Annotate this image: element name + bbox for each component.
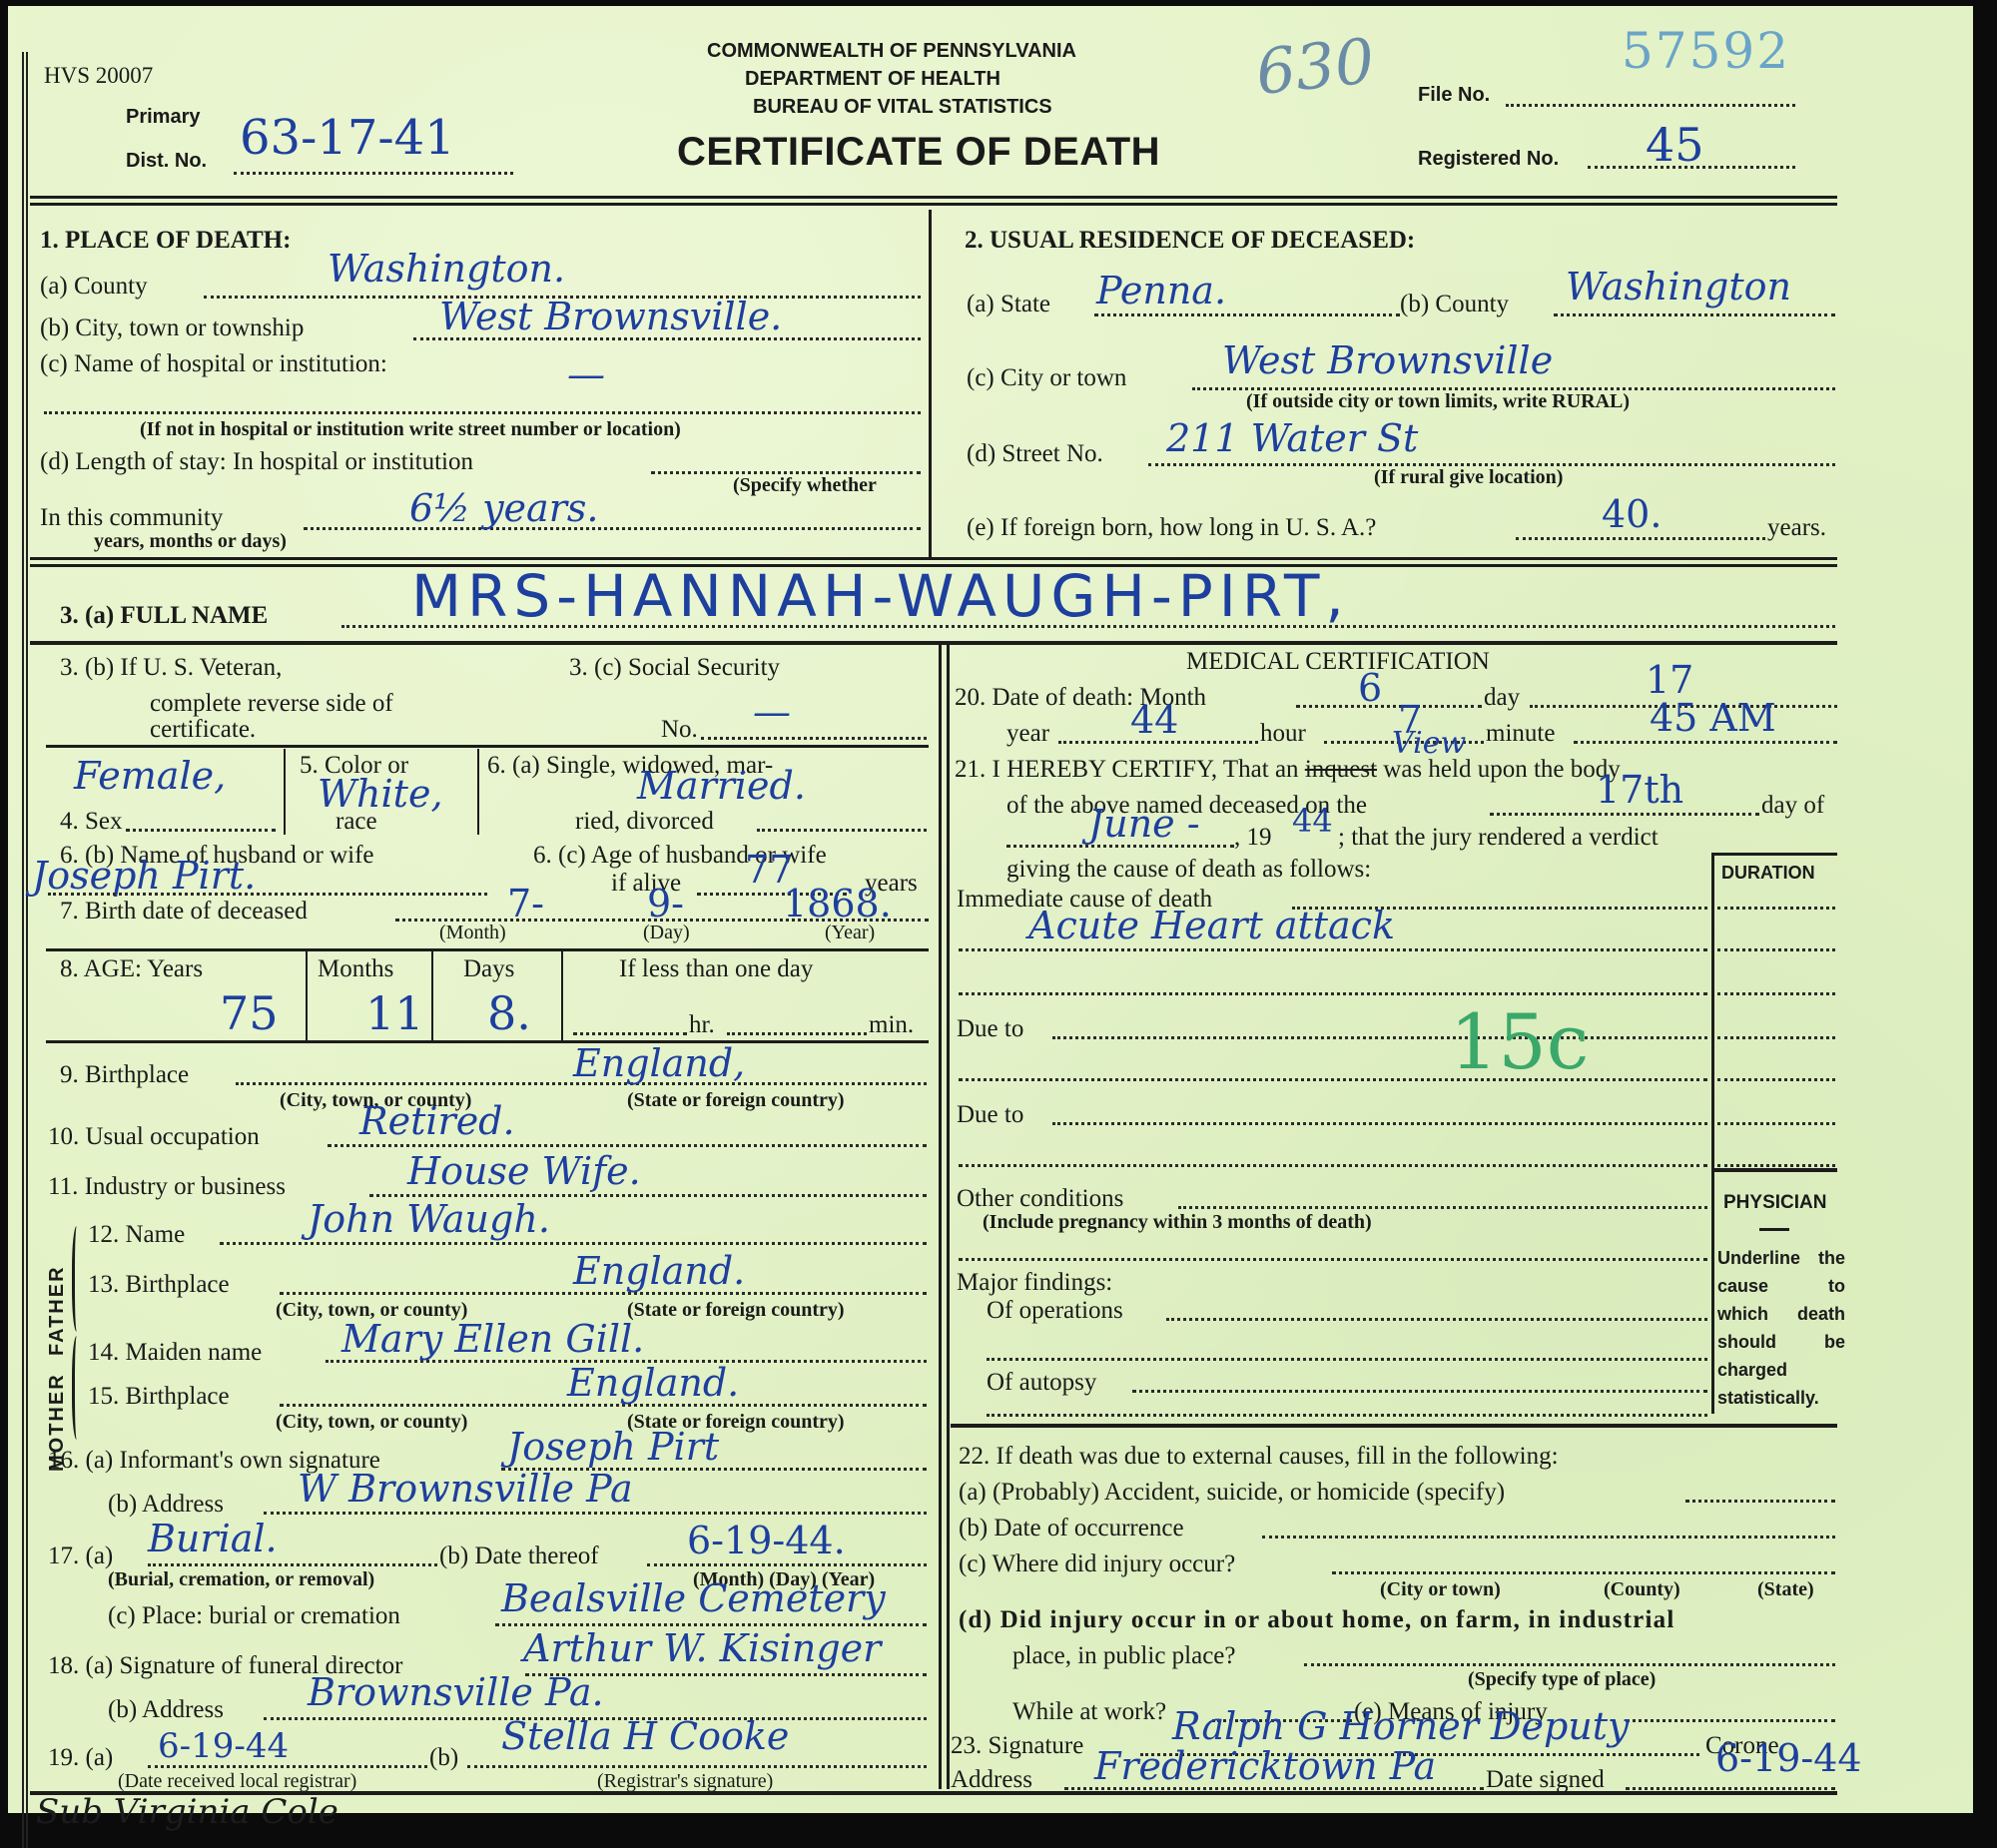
certify-struck-word: inquest — [1305, 756, 1377, 783]
external-a-label: (a) (Probably) Accident, suicide, or hom… — [959, 1480, 1505, 1505]
city-label: (b) City, town or township — [40, 315, 304, 340]
section-1-2-divider — [929, 210, 932, 557]
disposition-line — [148, 1563, 437, 1566]
duration-top-rule — [1711, 853, 1837, 856]
registrar-sig-line — [467, 1765, 927, 1768]
res-city-note: (If outside city or town limits, write R… — [1246, 391, 1630, 411]
res-city-label: (c) City or town — [967, 365, 1126, 390]
informant-address-label: (b) Address — [108, 1492, 224, 1517]
age-months-label: Months — [318, 956, 393, 981]
registered-no-label: Registered No. — [1418, 148, 1559, 171]
father-side-label: FATHER — [46, 1265, 69, 1356]
stay-label: (d) Length of stay: In hospital or insti… — [40, 449, 473, 474]
marital-line — [757, 829, 927, 832]
funeral-director-value[interactable]: Arthur W. Kisinger — [523, 1629, 881, 1667]
father-name-value[interactable]: John Waugh. — [308, 1200, 550, 1238]
external-b-label: (b) Date of occurrence — [959, 1516, 1184, 1540]
ss-no-label: No. — [661, 717, 698, 742]
registrar-sig-value[interactable]: Stella H Cooke — [501, 1717, 789, 1755]
mother-bracket — [72, 1336, 84, 1440]
director-address-label: (b) Address — [108, 1697, 224, 1722]
spouse-value[interactable]: Joseph Pirt. — [32, 857, 256, 895]
birth-date-label: 7. Birth date of deceased — [60, 899, 308, 924]
informant-address-value[interactable]: W Brownsville Pa — [298, 1470, 633, 1508]
registrar-sig-label: (b) — [429, 1745, 458, 1770]
physician-dash — [1759, 1228, 1789, 1231]
duration-line-3 — [1717, 992, 1835, 995]
external-b-line — [1262, 1536, 1835, 1539]
header-divider — [30, 196, 1837, 206]
spouse-line — [48, 893, 487, 896]
age-months-value[interactable]: 11 — [365, 990, 424, 1036]
operations-line — [1166, 1318, 1707, 1321]
birthplace-label: 9. Birthplace — [60, 1062, 189, 1087]
row-divider-8 — [46, 948, 929, 951]
dist-no-value: 63-17-41 — [240, 114, 455, 162]
community-line — [304, 527, 921, 530]
specify-note: (Specify whether — [733, 475, 877, 495]
veteran-label-1: 3. (b) If U. S. Veteran, — [60, 655, 282, 680]
agency-line-3: BUREAU OF VITAL STATISTICS — [753, 96, 1052, 119]
street-value[interactable]: 211 Water St — [1166, 419, 1418, 457]
age-years-value[interactable]: 75 — [220, 990, 279, 1036]
birth-year-note: (Year) — [825, 923, 875, 942]
marital-label-2: ried, divorced — [575, 809, 714, 834]
disposition-date-label: (b) Date thereof — [439, 1543, 599, 1568]
burial-place-value[interactable]: Bealsville Cemetery — [501, 1579, 886, 1617]
file-no-line — [1506, 104, 1795, 107]
operations-label: Of operations — [987, 1298, 1123, 1323]
certify-line-3-start: , 19 — [1234, 825, 1272, 850]
external-c-city-note: (City or town) — [1380, 1579, 1501, 1599]
occupation-value[interactable]: Retired. — [359, 1102, 515, 1140]
due-to-line-1 — [1052, 1036, 1707, 1039]
state-line — [1094, 313, 1400, 316]
foreign-line — [1516, 537, 1765, 540]
death-hour-label: hour — [1260, 721, 1306, 746]
external-d-label-2: place, in public place? — [1012, 1643, 1236, 1668]
death-minute-line — [1574, 741, 1837, 744]
county-value[interactable]: Washington. — [328, 250, 565, 288]
hospital-value[interactable]: — — [567, 355, 605, 393]
father-bracket — [72, 1226, 84, 1332]
mother-birthplace-label: 15. Birthplace — [88, 1384, 230, 1409]
death-day-label: day — [1484, 685, 1520, 710]
father-birthplace-label: 13. Birthplace — [88, 1272, 230, 1297]
external-d-label-1: (d) Did injury occur in or about home, o… — [959, 1607, 1674, 1632]
birth-month-value[interactable]: 7- — [507, 885, 544, 923]
registered-no-value: 45 — [1646, 122, 1704, 168]
father-birthplace-value[interactable]: England. — [573, 1252, 745, 1290]
age-days-value[interactable]: 8. — [487, 990, 531, 1036]
hospital-line — [44, 411, 921, 414]
left-margin-rule — [22, 52, 28, 1848]
due-to-line-2b — [959, 1164, 1707, 1167]
age-days-divider — [561, 950, 563, 1040]
coroner-signature-value[interactable]: Ralph G Horner Deputy — [1172, 1707, 1629, 1745]
major-findings-label: Major findings: — [957, 1270, 1112, 1295]
page-title: CERTIFICATE OF DEATH — [677, 130, 1160, 175]
birthplace-value[interactable]: England, — [573, 1044, 745, 1082]
death-month-value[interactable]: 6 — [1358, 669, 1382, 707]
other-conditions-label: Other conditions — [957, 1186, 1123, 1211]
green-code-mark: 15c — [1450, 1004, 1589, 1080]
community-note: years, months or days) — [94, 531, 287, 551]
certify-day-line — [1490, 813, 1759, 816]
death-month-line — [1296, 705, 1482, 708]
agency-line-1: COMMONWEALTH OF PENNSYLVANIA — [707, 40, 1076, 63]
state-value[interactable]: Penna. — [1096, 272, 1226, 309]
agency-line-2: DEPARTMENT OF HEALTH — [745, 68, 1000, 91]
duration-line-5 — [1717, 1078, 1835, 1081]
date-signed-label: Date signed — [1486, 1767, 1605, 1792]
age-label: 8. AGE: Years — [60, 956, 203, 981]
duration-label: DURATION — [1721, 863, 1815, 884]
foreign-label: (e) If foreign born, how long in U. S. A… — [967, 515, 1376, 540]
certify-line-2-end: day of — [1761, 793, 1824, 818]
other-conditions-line-2 — [959, 1258, 1707, 1261]
age-years-divider — [306, 950, 308, 1040]
color-label-2: race — [335, 809, 377, 834]
certify-line-1-start: 21. I HEREBY CERTIFY, That an — [955, 756, 1299, 783]
disposition-date-value[interactable]: 6-19-44. — [687, 1522, 846, 1559]
file-stamp-number: 57592 — [1622, 22, 1790, 80]
registrar-date-value[interactable]: 6-19-44 — [158, 1729, 289, 1763]
coroner-address-label: Address — [951, 1767, 1032, 1792]
form-number: HVS 20007 — [44, 64, 153, 87]
industry-value[interactable]: House Wife. — [407, 1152, 641, 1190]
due-to-label-2: Due to — [957, 1102, 1023, 1127]
social-security-label: 3. (c) Social Security — [569, 655, 780, 680]
place-of-death-heading: 1. PLACE OF DEATH: — [40, 228, 291, 253]
death-minute-value[interactable]: 45 AM — [1650, 699, 1776, 737]
sex-color-divider — [284, 749, 286, 835]
certify-month-value[interactable]: June - — [1088, 805, 1200, 843]
age-hr-label: hr. — [689, 1012, 715, 1037]
usual-residence-heading: 2. USUAL RESIDENCE OF DECEASED: — [965, 228, 1415, 253]
age-months-divider — [431, 950, 433, 1040]
certify-line-3-end: ; that the jury rendered a verdict — [1338, 825, 1659, 850]
burial-place-label: (c) Place: burial or cremation — [108, 1603, 400, 1628]
operations-line-2 — [987, 1358, 1707, 1361]
medical-heading: MEDICAL CERTIFICATION — [1186, 649, 1490, 674]
disposition-date-line — [647, 1563, 927, 1566]
means-of-injury-line — [1626, 1719, 1835, 1722]
disposition-label: 17. (a) — [48, 1543, 113, 1568]
sex-line — [126, 829, 276, 832]
mother-birthplace-value[interactable]: England. — [567, 1364, 739, 1402]
birth-year-value[interactable]: 1868. — [783, 885, 892, 923]
due-to-label-1: Due to — [957, 1016, 1023, 1041]
certify-year-value[interactable]: 44 — [1292, 805, 1333, 837]
duration-line-7 — [1717, 1164, 1835, 1167]
autopsy-line — [1132, 1390, 1707, 1393]
mother-name-value[interactable]: Mary Ellen Gill. — [341, 1320, 644, 1358]
res-county-line — [1554, 313, 1835, 316]
industry-label: 11. Industry or business — [48, 1174, 286, 1199]
death-day-value[interactable]: 17 — [1646, 661, 1693, 699]
row-divider-9 — [46, 1040, 929, 1043]
age-min-line — [727, 1032, 867, 1035]
external-c-county-note: (County) — [1604, 1579, 1680, 1599]
certify-line-1: 21. I HEREBY CERTIFY, That an inquest wa… — [955, 757, 1621, 782]
due-to-line-2 — [1052, 1122, 1707, 1125]
age-hr-line — [573, 1032, 687, 1035]
footer-note: Sub Virginia Cole — [36, 1795, 338, 1829]
death-minute-label: minute — [1486, 721, 1555, 746]
external-a-line — [1685, 1500, 1835, 1503]
date-signed-line — [1626, 1787, 1835, 1790]
res-county-label: (b) County — [1400, 292, 1509, 316]
foreign-value[interactable]: 40. — [1602, 495, 1662, 533]
duration-line-6 — [1717, 1122, 1835, 1125]
birthplace-state-note: (State or foreign country) — [627, 1090, 845, 1110]
file-no-label: File No. — [1418, 84, 1490, 107]
coroner-signature-label: 23. Signature — [951, 1733, 1083, 1758]
duration-line-1 — [1717, 907, 1835, 910]
disposition-value[interactable]: Burial. — [148, 1520, 278, 1557]
certify-line-4: giving the cause of death as follows: — [1006, 857, 1371, 882]
ss-value[interactable]: — — [753, 693, 791, 731]
mother-city-note: (City, town, or county) — [276, 1412, 467, 1432]
age-less-label: If less than one day — [619, 956, 813, 981]
community-label: In this community — [40, 505, 223, 530]
marital-value[interactable]: Married. — [637, 767, 806, 805]
primary-label: Primary — [126, 106, 201, 129]
registrar-date-label: 19. (a) — [48, 1745, 113, 1770]
age-days-label: Days — [463, 956, 514, 981]
director-address-value[interactable]: Brownsville Pa. — [308, 1673, 604, 1711]
column-divider-left — [939, 645, 942, 1789]
full-name-divider — [30, 641, 1837, 645]
external-heading: 22. If death was due to external causes,… — [959, 1444, 1559, 1469]
state-label: (a) State — [967, 292, 1050, 316]
sex-value[interactable]: Female, — [74, 757, 226, 795]
full-name-label: 3. (a) FULL NAME — [60, 603, 268, 628]
father-state-note: (State or foreign country) — [627, 1300, 845, 1320]
father-name-label: 12. Name — [88, 1222, 185, 1247]
hospital-note: (If not in hospital or institution write… — [140, 419, 681, 439]
veteran-label-2: complete reverse side of — [150, 691, 393, 716]
external-c-line — [1332, 1571, 1835, 1574]
medical-bottom-rule — [951, 1424, 1837, 1428]
coroner-address-value[interactable]: Fredericktown Pa — [1094, 1747, 1436, 1785]
duration-line-4 — [1717, 1036, 1835, 1039]
disposition-note: (Burial, cremation, or removal) — [108, 1569, 374, 1589]
birth-day-note: (Day) — [643, 923, 690, 942]
death-year-value[interactable]: 44 — [1130, 701, 1178, 739]
date-signed-value[interactable]: 6-19-44 — [1715, 1739, 1862, 1777]
physician-note: Underline the cause to which death shoul… — [1717, 1244, 1845, 1412]
county-label: (a) County — [40, 274, 148, 299]
certify-insert[interactable]: View — [1392, 729, 1466, 759]
column-divider-right — [947, 645, 950, 1789]
immediate-cause-value[interactable]: Acute Heart attack — [1028, 907, 1395, 944]
ss-no-line — [701, 737, 927, 740]
mother-name-label: 14. Maiden name — [88, 1340, 262, 1365]
occupation-label: 10. Usual occupation — [48, 1124, 260, 1149]
birth-month-note: (Month) — [439, 923, 506, 942]
external-c-label: (c) Where did injury occur? — [959, 1551, 1235, 1576]
sex-label: 4. Sex — [60, 809, 123, 834]
autopsy-line-2 — [987, 1414, 1707, 1417]
death-certificate-page: HVS 20007 Primary Dist. No. 63-17-41 COM… — [8, 6, 1973, 1813]
other-conditions-line — [1178, 1206, 1707, 1209]
dist-no-label: Dist. No. — [126, 150, 207, 173]
dist-no-line — [234, 172, 513, 175]
physician-label: PHYSICIAN — [1723, 1192, 1826, 1214]
informant-address-line — [264, 1512, 927, 1515]
hospital-label: (c) Name of hospital or institution: — [40, 351, 387, 376]
duration-line-2 — [1717, 948, 1835, 951]
veteran-label-3: certificate. — [150, 717, 256, 742]
external-c-state-note: (State) — [1757, 1579, 1814, 1599]
foreign-unit: years. — [1767, 515, 1826, 540]
duration-bottom-rule — [1713, 1168, 1837, 1172]
at-work-label: While at work? — [1012, 1699, 1166, 1724]
father-name-line — [220, 1242, 927, 1245]
pencil-note: 630 — [1253, 30, 1377, 104]
other-conditions-note: (Include pregnancy within 3 months of de… — [983, 1212, 1372, 1232]
immediate-line-2 — [959, 948, 1707, 951]
street-label: (d) Street No. — [967, 441, 1103, 466]
birth-day-value[interactable]: 9- — [647, 885, 684, 923]
community-value[interactable]: 6½ years. — [409, 489, 598, 527]
occupation-line — [328, 1144, 927, 1147]
certify-day-value[interactable]: 17th — [1596, 771, 1683, 809]
color-marital-divider — [477, 749, 479, 835]
due-to-line-1b — [959, 1078, 1707, 1081]
external-d-note: (Specify type of place) — [1468, 1669, 1656, 1689]
street-note: (If rural give location) — [1374, 467, 1563, 487]
duration-column-divider — [1711, 855, 1714, 1414]
city-value[interactable]: West Brownsville. — [439, 298, 782, 335]
registrar-sig-note: (Registrar's signature) — [597, 1771, 773, 1791]
immediate-line-3 — [959, 992, 1707, 995]
registrar-date-note: (Date received local registrar) — [118, 1771, 356, 1791]
res-city-value[interactable]: West Brownsville — [1222, 341, 1553, 379]
res-county-value[interactable]: Washington — [1566, 268, 1791, 306]
age-min-label: min. — [869, 1012, 914, 1037]
death-year-label: year — [1006, 721, 1049, 746]
informant-signature-value[interactable]: Joseph Pirt — [507, 1428, 719, 1466]
full-name-value[interactable]: MRS-HANNAH-WAUGH-PIRT, — [411, 567, 1350, 625]
autopsy-label: Of autopsy — [987, 1370, 1096, 1395]
row-divider-4 — [46, 745, 929, 748]
external-d-line — [1304, 1663, 1835, 1666]
